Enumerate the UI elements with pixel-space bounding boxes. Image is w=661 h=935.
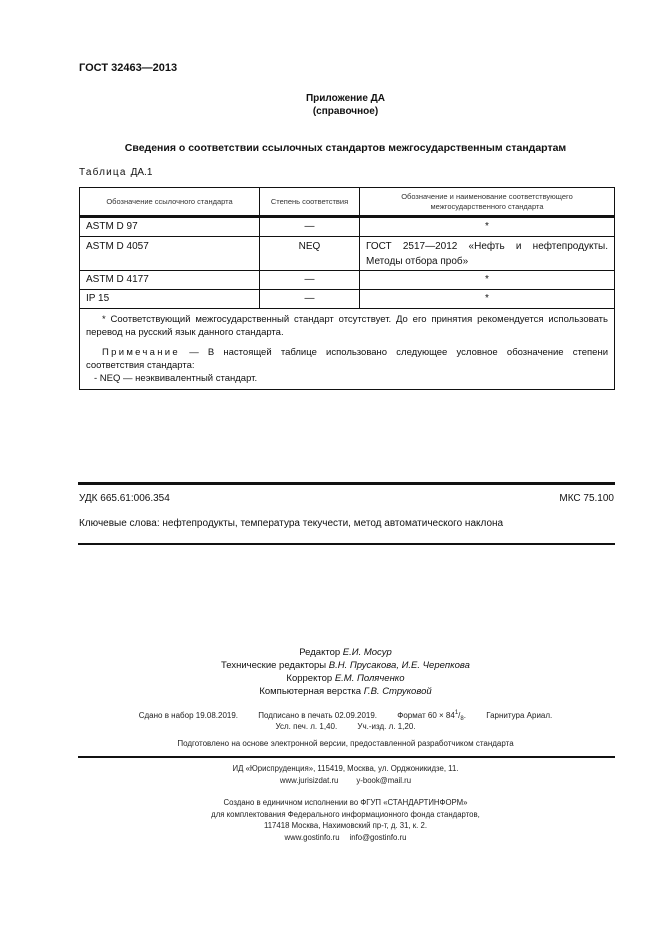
cell-degree: — <box>260 290 360 309</box>
cell-interstate: * <box>360 217 615 237</box>
section-title: Сведения о соответствии ссылочных станда… <box>0 142 661 154</box>
publisher-address: ИД «Юриспруденция», 115419, Москва, ул. … <box>0 763 661 775</box>
submitted-date: Сдано в набор 19.08.2019. <box>139 711 238 720</box>
table-label: Таблица ДА.1 <box>79 167 152 178</box>
cell-reference: ASTM D 97 <box>80 217 260 237</box>
cell-degree: — <box>260 217 360 237</box>
purpose: для комплектования Федерального информац… <box>0 809 661 821</box>
cell-reference: ASTM D 4177 <box>80 271 260 290</box>
gostinfo-email-link[interactable]: info@gostinfo.ru <box>350 833 407 842</box>
table-row: ASTM D 97 — * <box>80 217 615 237</box>
standartinform-address: 117418 Москва, Нахимовский пр-т, д. 31, … <box>0 820 661 832</box>
credit-tech-editors: Технические редакторы В.Н. Прусакова, И.… <box>0 659 661 672</box>
note-item: - NEQ — неэквивалентный стандарт. <box>86 372 608 385</box>
mks-code: МКС 75.100 <box>559 493 614 504</box>
cell-reference: ASTM D 4057 <box>80 237 260 271</box>
publisher-site-link[interactable]: www.jurisizdat.ru <box>280 776 339 785</box>
note-label: Примечание <box>102 347 180 358</box>
document-code: ГОСТ 32463—2013 <box>79 62 177 74</box>
table-footer-row: * Соответствующий межгосударственный ста… <box>80 309 615 390</box>
credit-layout: Компьютерная верстка Г.В. Струковой <box>0 685 661 698</box>
gostinfo-site-link[interactable]: www.gostinfo.ru <box>285 833 340 842</box>
table-row: ASTM D 4057 NEQ ГОСТ 2517—2012 «Нефть и … <box>80 237 615 271</box>
created-by: Создано в единичном исполнении во ФГУП «… <box>0 797 661 809</box>
table-row: ASTM D 4177 — * <box>80 271 615 290</box>
udk-code: УДК 665.61:006.354 <box>79 493 170 504</box>
publication-line-2: Усл. печ. л. 1,40. Уч.-изд. л. 1,20. <box>0 722 661 731</box>
editorial-credits: Редактор Е.И. Мосур Технические редактор… <box>0 646 661 698</box>
cell-degree: NEQ <box>260 237 360 271</box>
table-row: IP 15 — * <box>80 290 615 309</box>
prepared-note: Подготовлено на основе электронной верси… <box>0 739 661 748</box>
column-header-interstate: Обозначение и наименование соответствующ… <box>360 188 615 217</box>
standartinform-info: Создано в единичном исполнении во ФГУП «… <box>0 797 661 843</box>
note: Примечание — В настоящей таблице использ… <box>86 346 608 372</box>
publication-line-1: Сдано в набор 19.08.2019. Подписано в пе… <box>0 710 661 722</box>
typeface: Гарнитура Ариал. <box>486 711 552 720</box>
column-header-reference: Обозначение ссылочного стандарта <box>80 188 260 217</box>
divider-top <box>78 482 615 485</box>
credit-editor: Редактор Е.И. Мосур <box>0 646 661 659</box>
table-label-number: ДА.1 <box>131 167 153 178</box>
reference-standards-table: Обозначение ссылочного стандарта Степень… <box>79 187 615 390</box>
standartinform-contacts: www.gostinfo.ruinfo@gostinfo.ru <box>0 832 661 844</box>
annex-subtitle: (справочное) <box>0 106 661 117</box>
column-header-degree: Степень соответствия <box>260 188 360 217</box>
table-label-word: Таблица <box>79 167 127 178</box>
table-header-row: Обозначение ссылочного стандарта Степень… <box>80 188 615 217</box>
signed-date: Подписано в печать 02.09.2019. <box>258 711 377 720</box>
publishing-sheets: Уч.-изд. л. 1,20. <box>357 722 415 731</box>
annex-title: Приложение ДА <box>0 93 661 104</box>
publisher-info: ИД «Юриспруденция», 115419, Москва, ул. … <box>0 763 661 786</box>
footnote: * Соответствующий межгосударственный ста… <box>86 313 608 339</box>
cell-interstate: * <box>360 290 615 309</box>
divider-imprint <box>78 756 615 758</box>
paper-format: Формат 60 × 841/8. <box>397 710 466 722</box>
cell-degree: — <box>260 271 360 290</box>
cell-interstate: ГОСТ 2517—2012 «Нефть и нефтепродукты. М… <box>360 237 615 271</box>
divider-keywords <box>78 543 615 545</box>
table-notes: * Соответствующий межгосударственный ста… <box>80 309 615 390</box>
gost-title: ГОСТ 2517—2012 «Нефть и нефтепродукты. М… <box>366 239 608 269</box>
publisher-contacts: www.jurisizdat.ruy-book@mail.ru <box>0 775 661 787</box>
publisher-email-link[interactable]: y-book@mail.ru <box>356 776 411 785</box>
keywords: Ключевые слова: нефтепродукты, температу… <box>79 518 503 529</box>
cell-interstate: * <box>360 271 615 290</box>
credit-proofreader: Корректор Е.М. Поляченко <box>0 672 661 685</box>
cell-reference: IP 15 <box>80 290 260 309</box>
print-sheets: Усл. печ. л. 1,40. <box>275 722 337 731</box>
